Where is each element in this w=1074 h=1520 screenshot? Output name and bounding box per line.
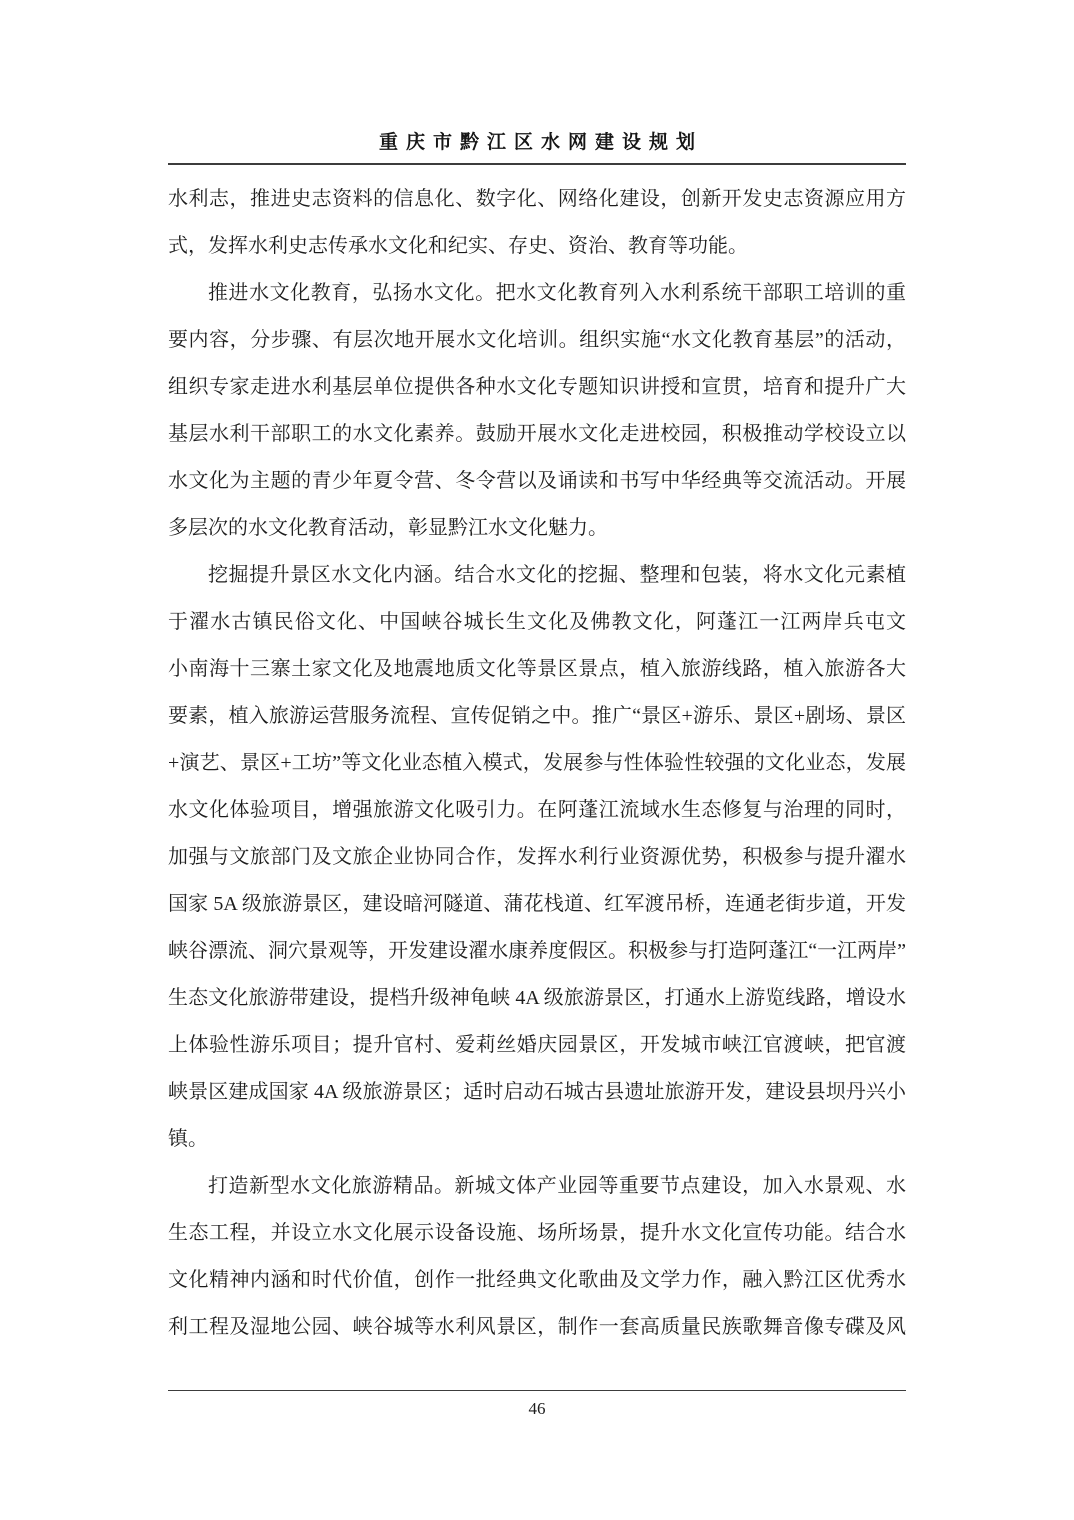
body-line: 小南海十三寨土家文化及地震地质文化等景区景点，植入旅游线路，植入旅游各大 xyxy=(168,646,906,693)
paragraph: 水利志，推进史志资料的信息化、数字化、网络化建设，创新开发史志资源应用方式，发挥… xyxy=(168,176,906,270)
body-line: 生态文化旅游带建设，提档升级神龟峡 4A 级旅游景区，打通水上游览线路，增设水 xyxy=(168,975,906,1022)
page-number: 46 xyxy=(0,1396,1074,1422)
document-body: 水利志，推进史志资料的信息化、数字化、网络化建设，创新开发史志资源应用方式，发挥… xyxy=(168,176,906,1351)
body-line: +演艺、景区+工坊”等文化业态植入模式，发展参与性体验性较强的文化业态，发展 xyxy=(168,740,906,787)
body-line: 挖掘提升景区水文化内涵。结合水文化的挖掘、整理和包装，将水文化元素植 xyxy=(168,552,906,599)
paragraph: 挖掘提升景区水文化内涵。结合水文化的挖掘、整理和包装，将水文化元素植于濯水古镇民… xyxy=(168,552,906,1163)
body-line: 水利志，推进史志资料的信息化、数字化、网络化建设，创新开发史志资源应用方 xyxy=(168,176,906,223)
body-line: 打造新型水文化旅游精品。新城文体产业园等重要节点建设，加入水景观、水 xyxy=(168,1163,906,1210)
body-line: 生态工程，并设立水文化展示设备设施、场所场景，提升水文化宣传功能。结合水 xyxy=(168,1210,906,1257)
paragraph: 打造新型水文化旅游精品。新城文体产业园等重要节点建设，加入水景观、水生态工程，并… xyxy=(168,1163,906,1351)
body-line: 加强与文旅部门及文旅企业协同合作，发挥水利行业资源优势，积极参与提升濯水 xyxy=(168,834,906,881)
body-line: 国家 5A 级旅游景区，建设暗河隧道、蒲花栈道、红军渡吊桥，连通老街步道，开发 xyxy=(168,881,906,928)
body-line: 于濯水古镇民俗文化、中国峡谷城长生文化及佛教文化，阿蓬江一江两岸兵屯文化、 xyxy=(168,599,906,646)
body-line: 水文化为主题的青少年夏令营、冬令营以及诵读和书写中华经典等交流活动。开展 xyxy=(168,458,906,505)
body-line: 水文化体验项目，增强旅游文化吸引力。在阿蓬江流域水生态修复与治理的同时， xyxy=(168,787,906,834)
body-line: 峡景区建成国家 4A 级旅游景区；适时启动石城古县遗址旅游开发，建设县坝丹兴小 xyxy=(168,1069,906,1116)
body-line: 峡谷漂流、洞穴景观等，开发建设濯水康养度假区。积极参与打造阿蓬江“一江两岸” xyxy=(168,928,906,975)
body-line: 式，发挥水利史志传承水文化和纪实、存史、资治、教育等功能。 xyxy=(168,223,906,270)
body-line: 镇。 xyxy=(168,1116,906,1163)
body-line: 要素，植入旅游运营服务流程、宣传促销之中。推广“景区+游乐、景区+剧场、景区 xyxy=(168,693,906,740)
body-line: 多层次的水文化教育活动，彰显黔江水文化魅力。 xyxy=(168,505,906,552)
body-line: 利工程及湿地公园、峡谷城等水利风景区，制作一套高质量民族歌舞音像专碟及风 xyxy=(168,1304,906,1351)
body-line: 推进水文化教育，弘扬水文化。把水文化教育列入水利系统干部职工培训的重 xyxy=(168,270,906,317)
page-header: 重庆市黔江区水网建设规划 xyxy=(168,130,906,165)
body-line: 基层水利干部职工的水文化素养。鼓励开展水文化走进校园，积极推动学校设立以 xyxy=(168,411,906,458)
body-line: 上体验性游乐项目；提升官村、爱莉丝婚庆园景区，开发城市峡江官渡峡，把官渡 xyxy=(168,1022,906,1069)
body-line: 文化精神内涵和时代价值，创作一批经典文化歌曲及文学力作，融入黔江区优秀水 xyxy=(168,1257,906,1304)
body-line: 组织专家走进水利基层单位提供各种水文化专题知识讲授和宣贯，培育和提升广大 xyxy=(168,364,906,411)
header-rule xyxy=(168,163,906,165)
header-title: 重庆市黔江区水网建设规划 xyxy=(168,130,906,156)
footer-rule xyxy=(168,1390,906,1391)
body-line: 要内容，分步骤、有层次地开展水文化培训。组织实施“水文化教育基层”的活动， xyxy=(168,317,906,364)
document-page: 重庆市黔江区水网建设规划 水利志，推进史志资料的信息化、数字化、网络化建设，创新… xyxy=(0,0,1074,1520)
paragraph: 推进水文化教育，弘扬水文化。把水文化教育列入水利系统干部职工培训的重要内容，分步… xyxy=(168,270,906,552)
